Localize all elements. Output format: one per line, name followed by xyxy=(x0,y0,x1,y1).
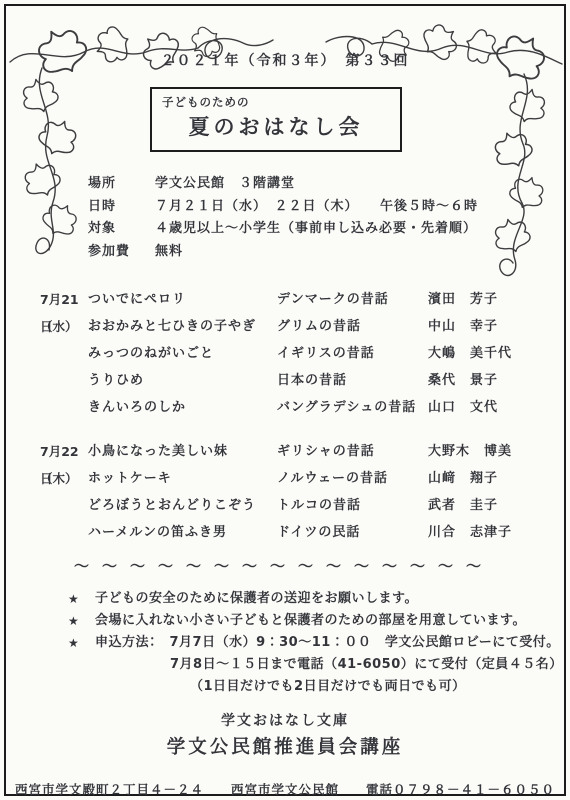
story-origin: バングラデシュの昔話 xyxy=(277,394,428,421)
note-text: 会場に入れない小さい子どもと保護者のための部屋を用意しています。 xyxy=(95,610,526,632)
story-origin: ギリシャの昔話 xyxy=(277,438,428,465)
day-date: 7月21日 xyxy=(40,286,88,313)
story-origin: イギリスの昔話 xyxy=(277,340,428,367)
info-value: ４歳児以上～小学生（事前申し込み必要・先着順） xyxy=(155,218,477,241)
star-icon: ★ xyxy=(68,588,95,610)
story-teller: 武者 圭子 xyxy=(428,492,570,519)
story-title: 小鳥になった美しい妹 xyxy=(88,438,277,465)
story-row: ハーメルンの笛ふき男 ドイツの民話 川合 志津子 xyxy=(88,519,570,546)
note-text: 子どもの安全のために保護者の送迎をお願いします。 xyxy=(95,588,418,610)
story-row: どろぼうとおんどりこぞう トルコの昔話 武者 圭子 xyxy=(88,492,570,519)
star-icon: ★ xyxy=(68,610,95,632)
note-application: ★ 申込方法： 7月7日（水）9：30～11：００ 学文公民館ロビーにて受付。 xyxy=(68,632,570,654)
story-row: ついでにペロリ デンマークの昔話 濱田 芳子 xyxy=(88,286,570,313)
story-teller: 中山 幸子 xyxy=(428,313,570,340)
day-date-column: 7月21日 （水） xyxy=(40,286,88,421)
story-teller: 山口 文代 xyxy=(428,394,570,421)
story-teller: 桑代 景子 xyxy=(428,367,570,394)
organizer-course: 学文公民館推進員会講座 xyxy=(0,733,570,759)
story-origin: ドイツの民話 xyxy=(277,519,428,546)
event-info: 場所 学文公民館 ３階講堂 日時 ７月２１日（水） ２２日（木） 午後５時～６時… xyxy=(88,173,570,263)
program-table: 7月21日 （水） ついでにペロリ デンマークの昔話 濱田 芳子 おおかみと七ひ… xyxy=(0,286,570,546)
story-teller: 大野木 博美 xyxy=(428,438,570,465)
story-title: みっつのねがいごと xyxy=(88,340,277,367)
info-row-fee: 参加費 無料 xyxy=(88,241,570,264)
note-room: ★ 会場に入れない小さい子どもと保護者のための部屋を用意しています。 xyxy=(68,610,570,632)
story-title: どろぼうとおんどりこぞう xyxy=(88,492,277,519)
info-label: 場所 xyxy=(88,173,155,196)
day-date: 7月22日 xyxy=(40,438,88,465)
title-box: 子どものための 夏のおはなし会 xyxy=(150,87,402,152)
story-list: 小鳥になった美しい妹 ギリシャの昔話 大野木 博美 ホットケーキ ノルウェーの昔… xyxy=(88,438,570,546)
note-safety: ★ 子どもの安全のために保護者の送迎をお願いします。 xyxy=(68,588,570,610)
story-title: ついでにペロリ xyxy=(88,286,277,313)
day-weekday: （木） xyxy=(40,465,88,492)
story-row: おおかみと七ひきの子やぎ グリムの昔話 中山 幸子 xyxy=(88,313,570,340)
info-value: 学文公民館 ３階講堂 xyxy=(155,173,295,196)
story-row: ホットケーキ ノルウェーの昔話 山﨑 翔子 xyxy=(88,465,570,492)
info-label: 対象 xyxy=(88,218,155,241)
flyer-page: { "theme": { "ink": "#33353a", "border":… xyxy=(0,0,570,800)
story-row: みっつのねがいごと イギリスの昔話 大嶋 美千代 xyxy=(88,340,570,367)
tilde-separator: ～～～～～～～～～～～～～～～ xyxy=(74,555,570,577)
story-origin: グリムの昔話 xyxy=(277,313,428,340)
star-icon: ★ xyxy=(68,632,95,654)
story-teller: 山﨑 翔子 xyxy=(428,465,570,492)
story-title: おおかみと七ひきの子やぎ xyxy=(88,313,277,340)
info-value: 無料 xyxy=(155,241,183,264)
organizer-name: 学文おはなし文庫 xyxy=(0,710,570,730)
info-row-datetime: 日時 ７月２１日（水） ２２日（木） 午後５時～６時 xyxy=(88,196,570,219)
note-application-phone: 7月8日～１５日まで電話（41-6050）にて受付（定員４５名） xyxy=(170,654,570,676)
edition-line: ２０２１年（令和３年） 第３３回 xyxy=(0,50,570,70)
story-origin: 日本の昔話 xyxy=(277,367,428,394)
flyer-content: ２０２１年（令和３年） 第３３回 子どものための 夏のおはなし会 場所 学文公民… xyxy=(0,50,570,798)
story-origin: ノルウェーの昔話 xyxy=(277,465,428,492)
title-subtitle: 子どものための xyxy=(162,94,390,110)
day-weekday: （水） xyxy=(40,313,88,340)
program-day-1: 7月21日 （水） ついでにペロリ デンマークの昔話 濱田 芳子 おおかみと七ひ… xyxy=(40,286,570,421)
day-date-column: 7月22日 （木） xyxy=(40,438,88,546)
story-row: 小鳥になった美しい妹 ギリシャの昔話 大野木 博美 xyxy=(88,438,570,465)
info-row-audience: 対象 ４歳児以上～小学生（事前申し込み必要・先着順） xyxy=(88,218,570,241)
address-line: 西宮市学文殿町２丁目４－２４ 西宮市学文公民館 電話０７９８－４１－６０５０ xyxy=(0,780,570,798)
story-origin: トルコの昔話 xyxy=(277,492,428,519)
page-title: 夏のおはなし会 xyxy=(162,111,390,141)
story-row: きんいろのしか バングラデシュの昔話 山口 文代 xyxy=(88,394,570,421)
story-title: うりひめ xyxy=(88,367,277,394)
note-text: 申込方法： 7月7日（水）9：30～11：００ 学文公民館ロビーにて受付。 xyxy=(95,632,560,654)
story-teller: 大嶋 美千代 xyxy=(428,340,570,367)
info-row-place: 場所 学文公民館 ３階講堂 xyxy=(88,173,570,196)
story-list: ついでにペロリ デンマークの昔話 濱田 芳子 おおかみと七ひきの子やぎ グリムの… xyxy=(88,286,570,421)
notes-section: ★ 子どもの安全のために保護者の送迎をお願いします。 ★ 会場に入れない小さい子… xyxy=(0,588,570,698)
program-day-2: 7月22日 （木） 小鳥になった美しい妹 ギリシャの昔話 大野木 博美 ホットケ… xyxy=(40,438,570,546)
story-origin: デンマークの昔話 xyxy=(277,286,428,313)
story-row: うりひめ 日本の昔話 桑代 景子 xyxy=(88,367,570,394)
story-title: ハーメルンの笛ふき男 xyxy=(88,519,277,546)
story-title: きんいろのしか xyxy=(88,394,277,421)
note-application-days: （1日目だけでも2日目だけでも両日でも可） xyxy=(190,676,570,698)
info-value: ７月２１日（水） ２２日（木） 午後５時～６時 xyxy=(155,196,478,219)
info-label: 参加費 xyxy=(88,241,155,264)
story-teller: 濱田 芳子 xyxy=(428,286,570,313)
story-title: ホットケーキ xyxy=(88,465,277,492)
story-teller: 川合 志津子 xyxy=(428,519,570,546)
info-label: 日時 xyxy=(88,196,155,219)
